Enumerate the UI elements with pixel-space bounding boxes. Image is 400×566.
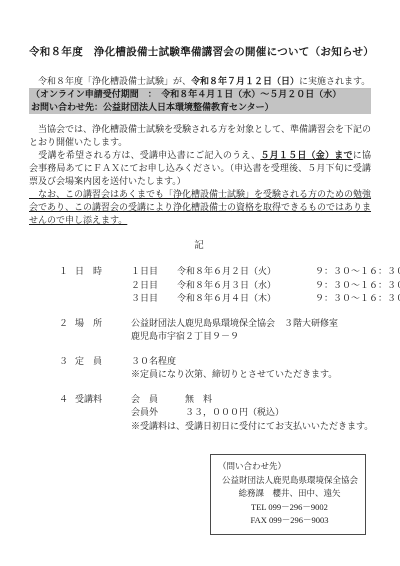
item-datetime-body: １日目令和８年６月２日（火）９：３０～１６：３０ ２日目令和８年６月３日（水）９… xyxy=(131,265,400,306)
item-fee: ４受講料 会 員 無 料 会員外 ３３，０００円（税込） ※受講料は、受講日初日… xyxy=(59,393,371,434)
day-label: ３日目 xyxy=(131,292,177,306)
place-line: 公益財団法人鹿児島県環境保全協会 ３階大研修室 xyxy=(131,317,371,331)
item-number: １ xyxy=(59,266,68,276)
item-label: 場 所 xyxy=(75,318,102,328)
schedule-row: ３日目令和８年６月４日（木）９：３０～１６：３０ xyxy=(131,292,400,306)
ki-heading: 記 xyxy=(29,237,371,251)
place-line: 鹿児島市宇宿２丁目９－９ xyxy=(131,330,371,344)
item-datetime-head: １日 時 xyxy=(59,265,131,306)
document-page: 令和８年度 浄化槽設備士試験準備講習会の開催について（お知らせ） 令和８年度「浄… xyxy=(0,0,400,566)
item-place-body: 公益財団法人鹿児島県環境保全協会 ３階大研修室 鹿児島市宇宿２丁目９－９ xyxy=(131,317,371,344)
day-time: ９：３０～１６：３０ xyxy=(315,265,400,279)
highlight-application-period: （オンライン申請受付期間 ： 令和８年４月１日（水）～５月２０日（水） xyxy=(29,88,371,101)
fee-line: ※受講料は、受講日初日に受付にてお支払いいただきます。 xyxy=(131,420,373,434)
capacity-line: ３０名程度 xyxy=(131,355,371,369)
day-time: ９：３０～１６：３０ xyxy=(315,279,400,293)
day-date: 令和８年６月２日（火） xyxy=(177,265,315,279)
item-capacity-head: ３定 員 xyxy=(59,355,131,382)
item-label: 日 時 xyxy=(75,266,102,276)
highlight-inquiry-center: お問い合わせ先：公益財団法人日本環境整備教育センター） xyxy=(29,101,371,114)
item-capacity: ３定 員 ３０名程度 ※定員になり次第、締切りとさせていただきます。 xyxy=(59,355,371,382)
schedule-row: １日目令和８年６月２日（火）９：３０～１６：３０ xyxy=(131,265,400,279)
paragraph-disclaimer: なお、この講習会はあくまでも「浄化槽設備士試験」を受験される方のための勉強会であ… xyxy=(29,188,371,227)
day-date: 令和８年６月３日（水） xyxy=(177,279,315,293)
day-time: ９：３０～１６：３０ xyxy=(315,292,400,306)
item-number: ２ xyxy=(59,318,68,328)
apply-deadline: ５月１５日（金）まで xyxy=(260,150,352,160)
apply-pre: 受講を希望される方は、受講申込書にご記入のうえ、 xyxy=(29,150,260,160)
intro-pre: 令和８年度「浄化槽設備士試験」が、 xyxy=(29,76,191,86)
item-label: 受講料 xyxy=(75,394,102,404)
day-label: １日目 xyxy=(131,265,177,279)
contact-box: （問い合わせ先） 公益財団法人鹿児島県環境保全協会 総務課 櫻井、田中、遠矢 T… xyxy=(210,454,366,535)
spacer xyxy=(29,114,371,123)
contact-box-heading: （問い合わせ先） xyxy=(218,460,361,474)
paragraph-application: 受講を希望される方は、受講申込書にご記入のうえ、５月１５日（金）までに協会事務局… xyxy=(29,149,371,188)
item-place: ２場 所 公益財団法人鹿児島県環境保全協会 ３階大研修室 鹿児島市宇宿２丁目９－… xyxy=(59,317,371,344)
contact-organization: 公益財団法人鹿児島県環境保全協会 xyxy=(218,474,361,488)
item-datetime: １日 時 １日目令和８年６月２日（火）９：３０～１６：３０ ２日目令和８年６月３… xyxy=(59,265,371,306)
intro-post: に実施されます。 xyxy=(299,76,370,86)
contact-fax: FAX 099－296－9003 xyxy=(218,514,361,528)
day-date: 令和８年６月４日（木） xyxy=(177,292,315,306)
day-label: ２日目 xyxy=(131,279,177,293)
item-fee-body: 会 員 無 料 会員外 ３３，０００円（税込） ※受講料は、受講日初日に受付にて… xyxy=(131,393,373,434)
intro-paragraph: 令和８年度「浄化槽設備士試験」が、令和８年７月１２日（日）に実施されます。 xyxy=(29,75,371,88)
fee-line: 会 員 無 料 xyxy=(131,393,373,407)
fee-line: 会員外 ３３，０００円（税込） xyxy=(131,406,373,420)
item-fee-head: ４受講料 xyxy=(59,393,131,434)
page-title: 令和８年度 浄化槽設備士試験準備講習会の開催について（お知らせ） xyxy=(29,44,371,59)
contact-tel: TEL 099－296－9002 xyxy=(218,501,361,515)
exam-date: 令和８年７月１２日（日） xyxy=(191,76,299,86)
contact-persons: 総務課 櫻井、田中、遠矢 xyxy=(218,487,361,501)
capacity-line: ※定員になり次第、締切りとさせていただきます。 xyxy=(131,368,371,382)
schedule-row: ２日目令和８年６月３日（水）９：３０～１６：３０ xyxy=(131,279,400,293)
item-capacity-body: ３０名程度 ※定員になり次第、締切りとさせていただきます。 xyxy=(131,355,371,382)
paragraph-target-audience: 当協会では、浄化槽設備士試験を受験される方を対象として、準備講習会を下記のとおり… xyxy=(29,123,371,149)
item-number: ４ xyxy=(59,394,68,404)
item-number: ３ xyxy=(59,356,68,366)
item-label: 定 員 xyxy=(75,356,102,366)
item-place-head: ２場 所 xyxy=(59,317,131,344)
